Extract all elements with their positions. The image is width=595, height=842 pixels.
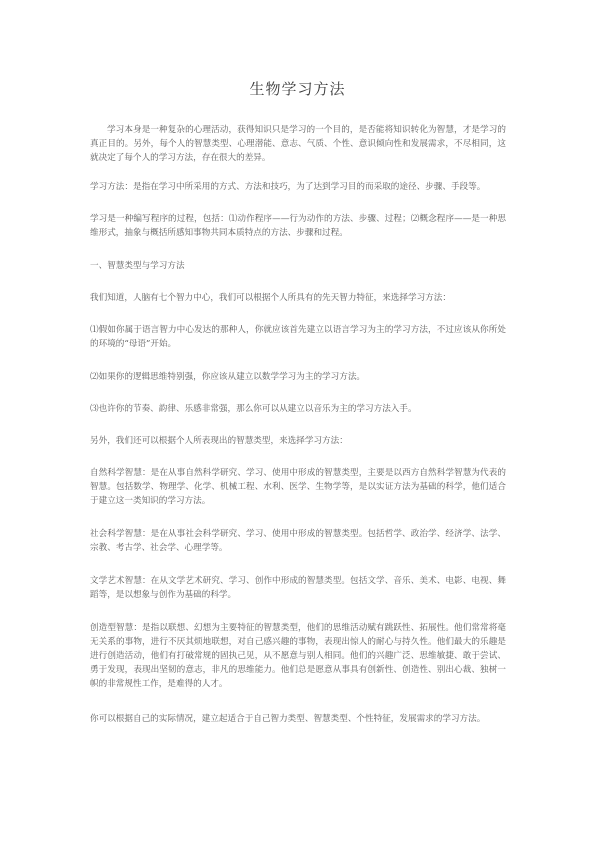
conclusion-paragraph: 你可以根据自己的实际情况，建立起适合于自己智力类型、智慧类型、个性特征，发展需求…: [90, 712, 506, 726]
list-item-2: ⑵如果你的逻辑思维特别强，你应该从建立以数学学习为主的学习方法。: [90, 370, 506, 384]
list-item-1: ⑴假如你属于语言智力中心发达的那种人，你就应该首先建立以语言学习为主的学习方法，…: [90, 323, 506, 351]
process-paragraph: 学习是一种编写程序的过程，包括：⑴动作程序——行为动作的方法、步骤、过程；⑵概念…: [90, 212, 506, 240]
creative-paragraph: 创造型智慧：是指以联想、幻想为主要特征的智慧类型，他们的思维活动赋有跳跃性、拓展…: [90, 621, 506, 691]
document-page: 生物学习方法 学习本身是一种复杂的心理活动，获得知识只是学习的一个目的，是否能将…: [0, 0, 595, 842]
wisdom-types-intro-paragraph: 另外，我们还可以根据个人所表现出的智慧类型，来选择学习方法：: [90, 434, 506, 448]
natural-science-paragraph: 自然科学智慧：是在从事自然科学研究、学习、使用中形成的智慧类型，主要是以西方自然…: [90, 466, 506, 508]
social-science-paragraph: 社会科学智慧：是在从事社会科学研究、学习、使用中形成的智慧类型。包括哲学、政治学…: [90, 527, 506, 555]
list-item-3: ⑶也许你的节奏、韵律、乐感非常强，那么你可以从建立以音乐为主的学习方法入手。: [90, 402, 506, 416]
intro-paragraph: 学习本身是一种复杂的心理活动，获得知识只是学习的一个目的，是否能将知识转化为智慧…: [90, 123, 506, 165]
section-heading: 一、智慧类型与学习方法: [90, 259, 506, 273]
literature-art-paragraph: 文学艺术智慧：在从文学艺术研究、学习、创作中形成的智慧类型。包括文学、音乐、美术…: [90, 574, 506, 602]
seven-centers-paragraph: 我们知道，人脑有七个智力中心，我们可以根据个人所具有的先天智力特征，来选择学习方…: [90, 291, 506, 305]
page-title: 生物学习方法: [0, 78, 595, 99]
definition-paragraph: 学习方法：是指在学习中所采用的方式、方法和技巧，为了达到学习目的而采取的途径、步…: [90, 180, 506, 194]
